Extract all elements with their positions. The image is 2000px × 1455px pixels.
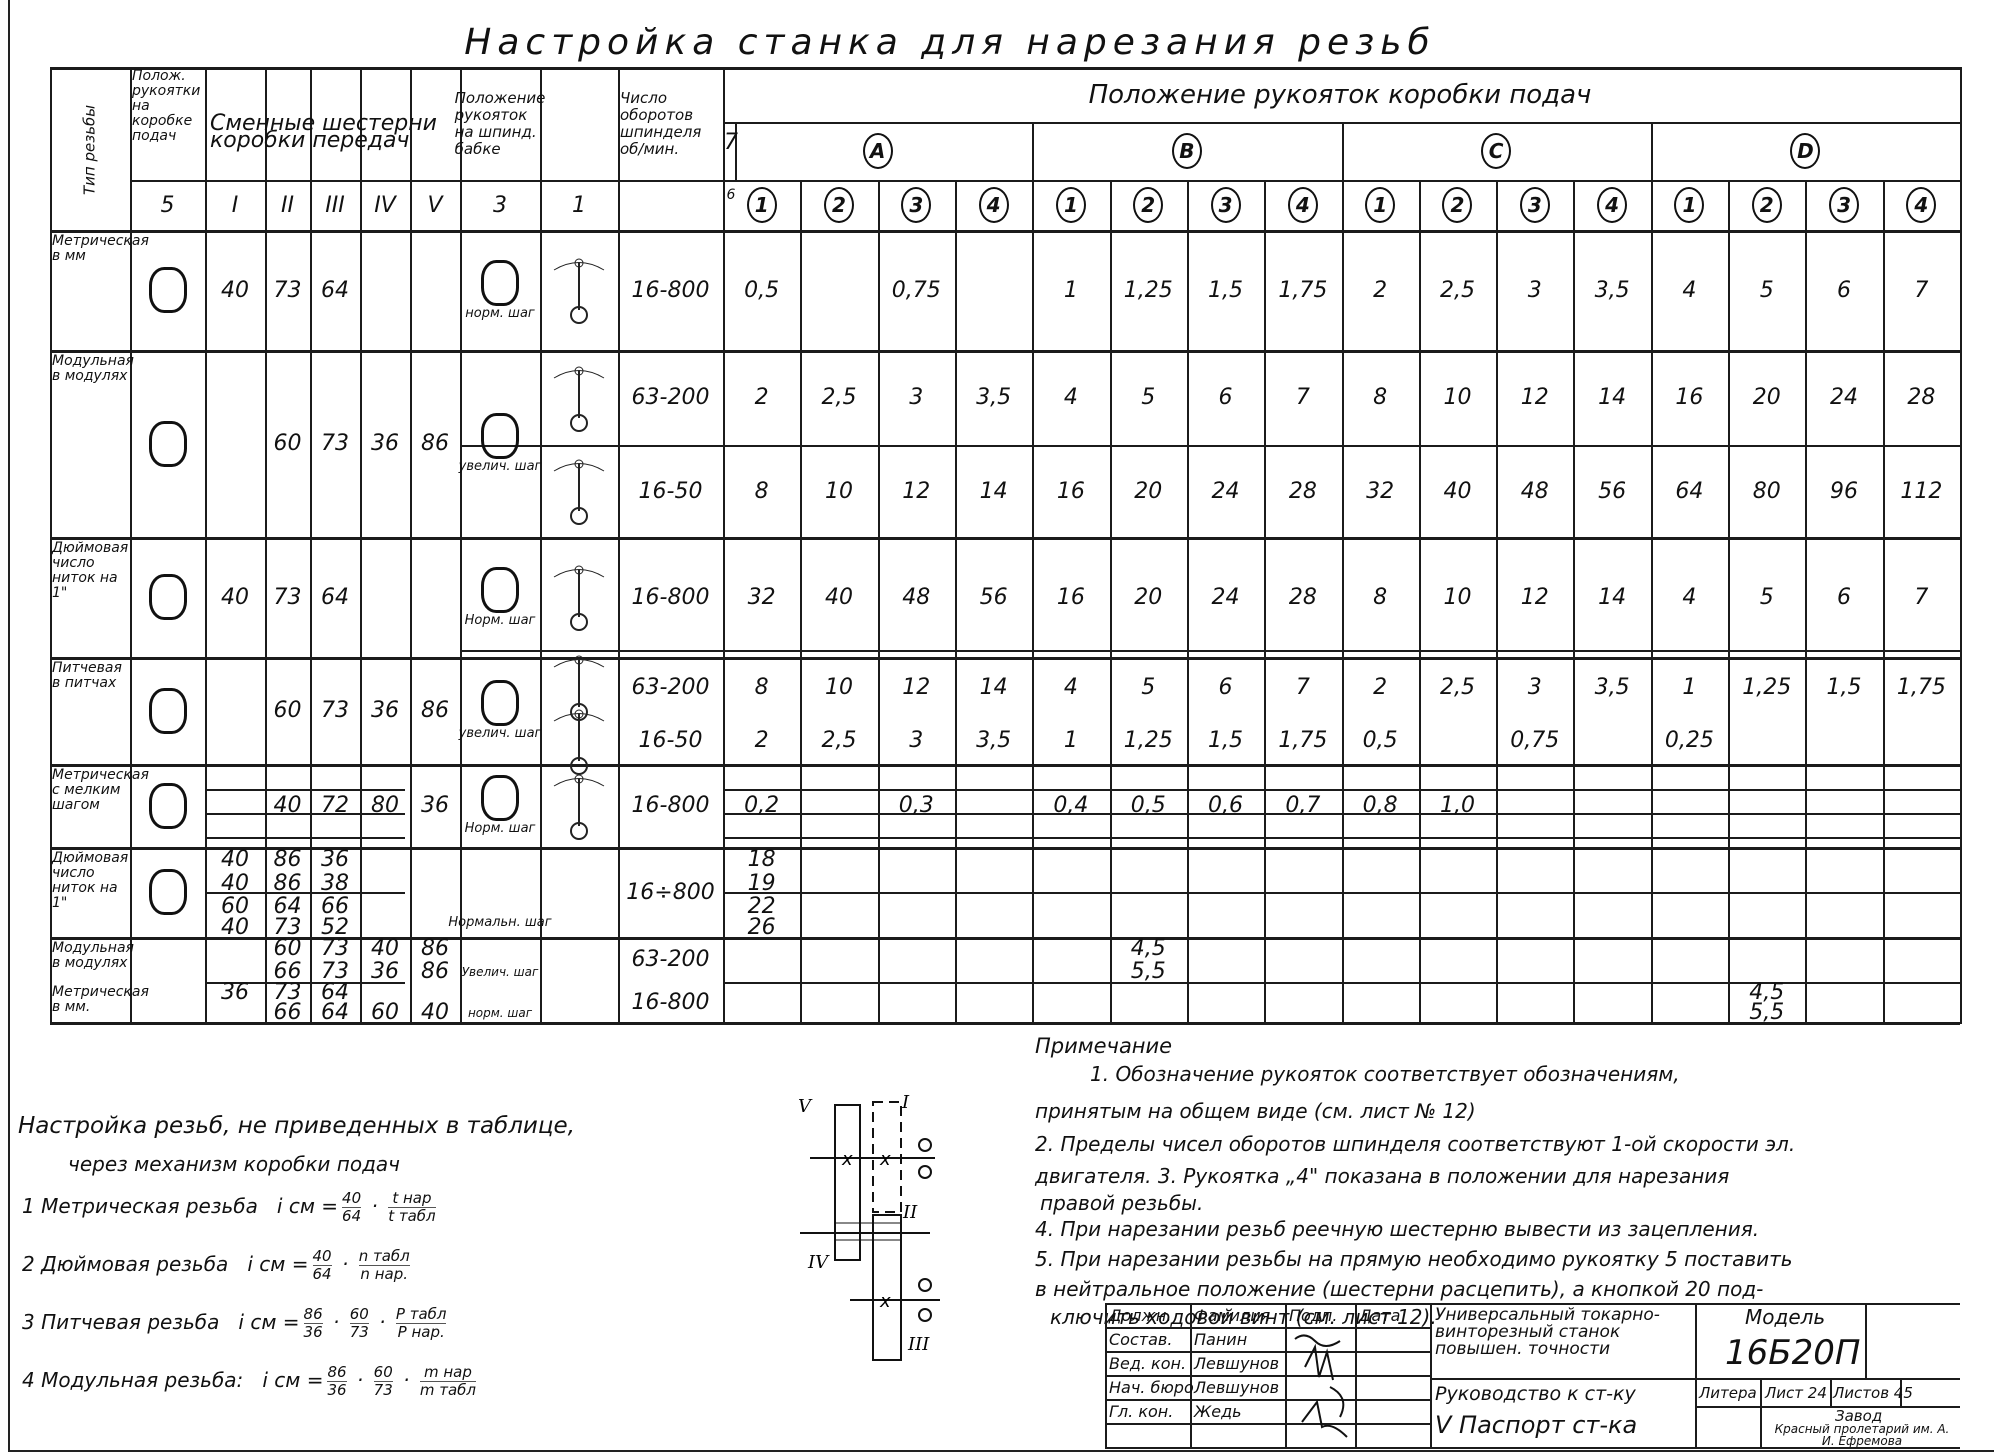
thread-pitch-value [955,764,1032,847]
thread-pitch-value: 3,5 [955,717,1032,764]
position-header: 4 [1264,180,1341,230]
position-header: 4 [955,180,1032,230]
thread-pitch-value: 3 [878,717,955,764]
gear-value: 60 [265,657,310,764]
spindle-lever-1 [540,764,618,847]
gear-value: 60 [265,937,310,960]
subheader-1: 1 [540,180,618,230]
gear-value: 36 [205,982,265,1002]
svg-text:x: x [879,1149,891,1170]
gear-value: 73 [310,937,360,960]
thread-pitch-value: 3 [1496,230,1573,350]
row-type-label: Дюймовая число ниток на 1" [52,851,129,935]
position-label: 3 [1520,187,1550,223]
thread-pitch-value: 5 [1728,537,1805,657]
position-header: 2 [800,180,877,230]
fraction: 8636 [327,1364,346,1399]
position-header: 1 [1032,180,1109,230]
spindle-speed-value: 16-800 [618,537,723,657]
svg-text:II: II [902,1202,918,1223]
plant-name: Красный пролетарий им. А. И. Ефремова [1767,1423,1957,1447]
thread-pitch-value: 14 [955,657,1032,717]
feedbox-handle-5 [130,657,205,764]
gear-value: 36 [360,350,410,537]
lever-icon [549,771,609,841]
handle-position-icon [481,775,519,821]
thread-pitch-value: 12 [878,445,955,537]
thread-pitch-value: 20 [1728,350,1805,445]
gear-value: 86 [410,937,460,960]
thread-pitch-value: 6 [1805,230,1882,350]
gear-value: 86 [410,960,460,982]
subheader-V: V [410,180,460,230]
label-V: V [798,1096,813,1117]
thread-pitch-value: 1,25 [1110,717,1187,764]
position-header: 3 [878,180,955,230]
thread-pitch-value: 16 [1032,537,1109,657]
handle-position-icon [149,574,187,620]
spindle-speed-value: 16÷800 [618,847,723,937]
thread-pitch-value [1651,764,1728,847]
svg-text:III: III [907,1334,930,1355]
position-header: 3 [1187,180,1264,230]
gear-value: 40 [205,847,265,872]
thread-pitch-value: 2 [723,717,800,764]
left-notes-heading-2: через механизм коробки подач [68,1148,400,1181]
thread-pitch-value: 3,5 [1573,230,1650,350]
gear-value [205,350,265,537]
feedbox-handle-5 [130,230,205,350]
thread-pitch-value: 0,25 [1651,717,1728,764]
thread-pitch-value: 112 [1883,445,1960,537]
gear-value: 64 [310,230,360,350]
thread-pitch-value: 16 [1032,445,1109,537]
thread-pitch-value: 20 [1110,445,1187,537]
thread-pitch-value: 56 [1573,445,1650,537]
lever-icon [549,255,609,325]
gear-value [410,537,460,657]
thread-count-value: 26 [723,918,800,937]
thread-pitch-value: 64 [1651,445,1728,537]
group-label: C [1481,133,1511,169]
spindle-lever-1 [540,445,618,537]
thread-pitch-value: 1,75 [1264,717,1341,764]
gear-value: 64 [310,1002,360,1022]
position-label: 4 [1906,187,1936,223]
gear-value: 73 [310,350,360,537]
spindle-step-label: увелич. шаг [459,726,542,741]
row-type-label: Метрическая в мм. [52,985,129,1021]
handle-position-icon [149,688,187,734]
formula-label: 1 Метрическая резьба [22,1194,258,1218]
feedbox-handle-5 [130,350,205,537]
thread-pitch-value: 28 [1264,537,1341,657]
thread-pitch-value: 28 [1264,445,1341,537]
thread-pitch-value: 8 [1342,350,1419,445]
thread-pitch-value: 80 [1728,445,1805,537]
subheader-II: II [265,180,310,230]
spindle-handle-3: увелич. шаг [460,350,540,537]
fraction: t нарt табл [388,1190,435,1225]
thread-pitch-value: 5 [1110,657,1187,717]
remark-line: принятым на общем виде (см. лист № 12) [1035,1095,1476,1128]
thread-pitch-value: 6 [1805,537,1882,657]
grid-line [1960,67,1962,1024]
gear-value: 40 [360,937,410,960]
remark-line: 1. Обозначение рукояток соответствует об… [1090,1058,1680,1091]
thread-pitch-value: 14 [955,445,1032,537]
fraction: n таблn нар. [359,1248,410,1283]
group-label: A [863,133,893,169]
thread-setup-table: Тип резьбыПолож. рукоятки на коробке под… [50,67,1960,1023]
feedbox-handle-5 [130,847,205,937]
thread-pitch-value: 1,75 [1264,230,1341,350]
position-label: 3 [901,187,931,223]
thread-pitch-value: 12 [878,657,955,717]
thread-pitch-value [800,764,877,847]
formula-label: 3 Питчевая резьба [22,1310,219,1334]
thread-pitch-value: 40 [1419,445,1496,537]
handle-position-icon [149,783,187,829]
formula-label: 2 Дюймовая резьба [22,1252,228,1276]
formula-lhs: i см = [277,1194,338,1218]
gear-train-diagram: x x x V I II IV III [790,1090,960,1380]
gear-value: 60 [360,1002,410,1022]
thread-pitch-value: 1 [1032,717,1109,764]
thread-pitch-value: 48 [1496,445,1573,537]
thread-pitch-value [1728,717,1805,764]
thread-pitch-value: 0,75 [878,230,955,350]
spindle-step-label: Нормальн. шаг [460,907,540,937]
header-feedbox-handle: Полож. рукоятки на коробке подач [132,69,204,179]
page-title: Настройка станка для нарезания резьб [400,22,1500,63]
gear-value: 36 [410,764,460,847]
thread-pitch-value: 4 [1032,350,1109,445]
spindle-step-label: увелич. шаг [459,459,542,474]
spindle-step-label: норм. шаг [460,1004,540,1022]
group-label: B [1172,133,1202,169]
thread-pitch-value [1496,764,1573,847]
position-label: 3 [1211,187,1241,223]
position-header: 1 [723,180,800,230]
thread-pitch-value [1805,717,1882,764]
fraction: 6073 [374,1364,393,1399]
stamp-person: Жедь [1194,1402,1242,1421]
formula: 2 Дюймовая резьба i см =4064 · n таблn н… [22,1248,414,1283]
stamp-person: Левшунов [1194,1378,1279,1397]
thread-pitch-value: 0,2 [723,764,800,847]
gear-value: 36 [360,960,410,982]
position-header: 3 [1805,180,1882,230]
left-notes-heading: Настройка резьб, не приведенных в таблиц… [18,1110,575,1143]
handle-position-icon [481,260,519,306]
thread-pitch-value: 7 [1264,657,1341,717]
thread-pitch-value: 3,5 [955,350,1032,445]
thread-pitch-value: 0,5 [1110,764,1187,847]
thread-pitch-value: 24 [1187,537,1264,657]
thread-pitch-value: 3 [1496,657,1573,717]
gear-value [360,230,410,350]
spindle-speed-value: 16-50 [618,717,723,764]
thread-pitch-value: 40 [800,537,877,657]
formula: 3 Питчевая резьба i см =8636 · 6073 · P … [22,1306,450,1341]
row-type-label: Метрическая с мелким шагом [52,768,129,843]
spindle-speed-value: 63-200 [618,937,723,982]
thread-pitch-value: 1,5 [1187,717,1264,764]
gear-value [205,657,265,764]
formula: 4 Модульная резьба: i см =8636 · 6073 · … [22,1364,480,1399]
thread-pitch-value: 1,0 [1419,764,1496,847]
signature-icon [1290,1327,1370,1445]
thread-pitch-value: 4 [1651,230,1728,350]
stamp-person: Левшунов [1194,1354,1279,1373]
thread-pitch-value: 4 [1651,537,1728,657]
position-header: 1 [1651,180,1728,230]
model-label: Модель [1745,1305,1825,1329]
thread-pitch-value: 2 [723,350,800,445]
thread-pitch-value [1883,717,1960,764]
subheader-3: 3 [460,180,540,230]
gear-value: 40 [205,918,265,937]
thread-pitch-value: 12 [1496,537,1573,657]
position-header: 2 [1110,180,1187,230]
position-label: 4 [1597,187,1627,223]
row-type-label: Дюймовая число ниток на 1" [52,541,129,653]
gear-value: 40 [205,537,265,657]
product-name: Универсальный токарно-винторезный станок… [1435,1307,1690,1358]
stamp-role: Вед. кон. [1109,1354,1186,1373]
stamp-role: Состав. [1109,1330,1172,1349]
position-label: 2 [1752,187,1782,223]
stamp-col-date: Дата [1359,1306,1400,1325]
svg-text:x: x [841,1149,853,1170]
position-label: 1 [1056,187,1086,223]
thread-pitch-value: 6 [1187,350,1264,445]
handle-position-icon [481,413,519,459]
svg-text:IV: IV [807,1252,830,1273]
gear-value: 72 [310,764,360,847]
thread-pitch-value: 1,5 [1187,230,1264,350]
gear-value: 73 [265,230,310,350]
gear-value: 86 [265,872,310,895]
thread-pitch-value: 96 [1805,445,1882,537]
gear-value: 40 [205,872,265,895]
doc-title: Руководство к ст-ку [1435,1383,1636,1405]
lever-icon [549,456,609,526]
grid-line [50,67,1960,70]
thread-pitch-value: 14 [1573,537,1650,657]
spindle-handle-3: Норм. шаг [460,764,540,847]
thread-pitch-value: 12 [1496,350,1573,445]
header-feedbox-positions: Положение рукояток коробки подач [740,75,1940,115]
spindle-step-label: норм. шаг [465,306,534,321]
thread-pitch-value [1573,764,1650,847]
gear-value: 80 [360,764,410,847]
gear-value: 86 [410,657,460,764]
formula-lhs: i см = [238,1310,299,1334]
remark-line: 2. Пределы чисел оборотов шпинделя соотв… [1035,1128,1795,1161]
remark-line: 4. При нарезании резьб реечную шестерню … [1035,1213,1759,1246]
position-label: 1 [1365,187,1395,223]
thread-pitch-value: 8 [723,445,800,537]
thread-pitch-value: 0,5 [1342,717,1419,764]
thread-pitch-value: 10 [800,445,877,537]
gear-value: 73 [265,918,310,937]
feedbox-handle-5 [130,764,205,847]
lever-icon [549,363,609,433]
position-header: 4 [1573,180,1650,230]
thread-pitch-value: 10 [1419,350,1496,445]
thread-pitch-value: 1,25 [1728,657,1805,717]
gear-value: 64 [310,537,360,657]
spindle-handle-3: увелич. шаг [460,657,540,764]
group-A: A [723,122,1032,180]
thread-pitch-value: 2,5 [1419,657,1496,717]
thread-pitch-value: 0,7 [1264,764,1341,847]
thread-pitch-value [800,230,877,350]
spindle-speed-value: 63-200 [618,657,723,717]
formula: 1 Метрическая резьба i см =4064 · t нарt… [22,1190,440,1225]
thread-pitch-value: 1,5 [1805,657,1882,717]
gear-value: 73 [310,657,360,764]
thread-pitch-value: 7 [1264,350,1341,445]
thread-pitch-value: 7 [1883,230,1960,350]
fraction: 4064 [342,1190,361,1225]
spindle-step-label: Норм. шаг [465,613,536,628]
gear-value: 36 [360,657,410,764]
gear-value [205,764,265,847]
thread-pitch-value: 28 [1883,350,1960,445]
thread-pitch-value: 2 [1342,230,1419,350]
position-header: 2 [1419,180,1496,230]
row-type-label: Питчевая в питчах [52,661,129,760]
fraction: 4064 [313,1248,332,1283]
thread-pitch-value: 5,5 [1110,960,1187,982]
thread-pitch-value: 3,5 [1573,657,1650,717]
fraction: 6073 [350,1306,369,1341]
thread-pitch-value: 1 [1651,657,1728,717]
thread-pitch-value: 0,4 [1032,764,1109,847]
subheader-5: 5 [130,180,205,230]
thread-pitch-value: 24 [1187,445,1264,537]
position-header: 4 [1883,180,1960,230]
thread-pitch-value: 0,75 [1496,717,1573,764]
spindle-lever-1 [540,230,618,350]
position-label: 4 [1288,187,1318,223]
group-C: C [1342,122,1651,180]
spindle-step-label: Норм. шаг [465,821,536,836]
thread-pitch-value: 8 [723,657,800,717]
spindle-lever-1 [540,350,618,445]
doc-subtitle: V Паспорт ст-ка [1435,1411,1637,1439]
thread-pitch-value: 8 [1342,537,1419,657]
header-spindle-speed: Число оборотов шпинделя об/мин. [620,69,720,179]
fraction: m нарm табл [420,1364,476,1399]
thread-pitch-value: 0,5 [723,230,800,350]
spindle-speed-value: 16-800 [618,764,723,847]
model-number: 16Б20П [1725,1333,1860,1373]
thread-pitch-value: 6 [1187,657,1264,717]
group-B: B [1032,122,1341,180]
thread-pitch-value [1805,764,1882,847]
spindle-speed-value: 63-200 [618,350,723,445]
position-label: 2 [1442,187,1472,223]
stamp-role: Нач. бюро [1109,1378,1194,1397]
gear-value: 40 [205,230,265,350]
thread-pitch-value: 4,5 [1110,937,1187,960]
thread-pitch-value: 0,3 [878,764,955,847]
thread-pitch-value: 1 [1032,230,1109,350]
stamp-col-name: Фамилия [1194,1306,1270,1325]
position-header: 1 [1342,180,1419,230]
gear-value [360,537,410,657]
header-spindle-handles: Положение рукояток на шпинд. бабке [462,69,538,179]
handle-position-icon [481,680,519,726]
gear-value [205,1002,265,1022]
thread-pitch-value: 56 [955,537,1032,657]
thread-pitch-value: 32 [1342,445,1419,537]
thread-pitch-value: 3 [878,350,955,445]
gear-value: 73 [265,537,310,657]
thread-pitch-value [1728,764,1805,847]
fraction: P таблP нар. [396,1306,447,1341]
thread-pitch-value [1883,764,1960,847]
thread-pitch-value [1573,717,1650,764]
handle-position-icon [481,567,519,613]
spindle-step-label: Увелич. шаг [460,962,540,982]
thread-count-value: 19 [723,872,800,895]
title-block: Должн. Фамилия Подп. Дата Состав. Панин … [1105,1303,1960,1449]
gear-value: 40 [265,764,310,847]
subheader-IV: IV [360,180,410,230]
thread-pitch-value: 2 [1342,657,1419,717]
thread-pitch-value: 2,5 [1419,230,1496,350]
gear-value: 60 [265,350,310,537]
position-header: 3 [1496,180,1573,230]
sheet-count: Листов 45 [1833,1384,1913,1402]
thread-pitch-value: 14 [1573,350,1650,445]
thread-pitch-value [1419,717,1496,764]
stamp-col-position: Должн. [1109,1306,1171,1325]
gear-value: 66 [265,1002,310,1022]
thread-pitch-value: 10 [800,657,877,717]
stamp-person: Панин [1194,1330,1247,1349]
thread-pitch-value: 0,8 [1342,764,1419,847]
thread-pitch-value: 48 [878,537,955,657]
gear-value: 52 [310,918,360,937]
gear-value [410,230,460,350]
formula-lhs: i см = [247,1252,308,1276]
header-change-gears: Сменные шестерни коробки передач [210,87,455,177]
position-label: 2 [1133,187,1163,223]
position-header: 2 [1728,180,1805,230]
subheader-III: III [310,180,360,230]
subheader-I: I [205,180,265,230]
sheet-number: Лист 24 [1765,1384,1827,1402]
litera: Литера [1699,1384,1757,1402]
fraction: 8636 [304,1306,323,1341]
thread-pitch-value: 1,25 [1110,230,1187,350]
remark-line: 5. При нарезании резьбы на прямую необхо… [1035,1243,1793,1276]
thread-pitch-value: 24 [1805,350,1882,445]
gear-value: 36 [310,847,360,872]
spindle-lever-1 [540,717,618,764]
thread-pitch-value: 2,5 [800,350,877,445]
row-type-label: Модульная в модулях [52,354,129,533]
stamp-col-signature: Подп. [1289,1306,1337,1325]
position-label: 1 [1674,187,1704,223]
position-label: 2 [824,187,854,223]
